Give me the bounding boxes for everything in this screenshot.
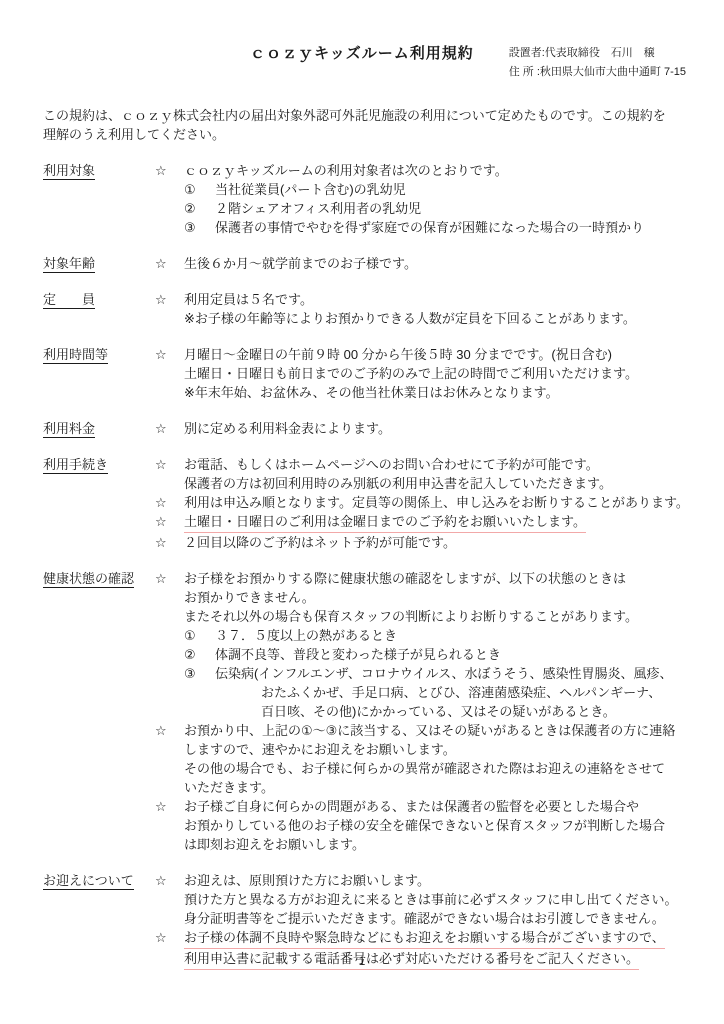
item-text: 生後６か月〜就学前までのお子様です。 <box>184 254 417 273</box>
star-bullet-icon: ☆ <box>155 254 184 273</box>
list-line: ☆月曜日〜金曜日の午前９時 00 分から午後５時 30 分までです。(祝日含む) <box>155 345 694 364</box>
list-line: お預かりしている他のお子様の安全を確保できないと保育スタッフが判断した場合 <box>155 816 694 835</box>
list-line: 保護者の方は初回利用時のみ別紙の利用申込書を記入していただきます。 <box>155 474 694 493</box>
item-text: 伝染病(インフルエンザ、コロナウイルス、水ぼうそう、感染性胃腸炎、風疹、 <box>215 664 673 683</box>
item-text: お子様をお預かりする際に健康状態の確認をしますが、以下の状態のときは <box>184 569 626 588</box>
list-line: ☆お子様ご自身に何らかの問題がある、または保護者の監督を必要とした場合や <box>155 797 694 816</box>
star-bullet-icon: ☆ <box>155 419 184 438</box>
list-line: ☆利用は申込み順となります。定員等の関係上、申し込みをお断りすることがあります。 <box>155 493 694 512</box>
star-bullet-icon: ☆ <box>155 512 184 533</box>
section-body: ☆利用定員は５名です。※お子様の年齢等によりお預かりできる人数が定員を下回ること… <box>155 290 694 328</box>
item-text: またそれ以外の場合も保育スタッフの判断によりお断りすることがあります。 <box>184 607 638 626</box>
section-heading-label: 利用対象 <box>43 163 95 180</box>
item-text: お預かり中、上記の①〜③に該当する、又はその疑いがあるときは保護者の方に連絡 <box>184 721 675 740</box>
section-heading: 定 員 <box>43 290 155 328</box>
item-text: 預けた方と異なる方がお迎えに来るときは事前に必ずスタッフに申し出てください。 <box>184 890 677 909</box>
rules-section: 対象年齢☆生後６か月〜就学前までのお子様です。 <box>43 254 694 273</box>
document-page: ｃｏｚｙキッズルーム利用規約 設置者:代表取締役 石川 穣 住 所 :秋田県大仙… <box>0 0 724 1024</box>
list-line: その他の場合でも、お子様に何らかの異常が確認された際はお迎えの連絡をさせて <box>155 759 694 778</box>
item-text: ２回目以降のご予約はネット予約が可能です。 <box>184 533 456 552</box>
list-line: ※年末年始、お盆休み、その他当社休業日はお休みとなります。 <box>155 383 694 402</box>
rules-section: 健康状態の確認☆お子様をお預かりする際に健康状態の確認をしますが、以下の状態のと… <box>43 569 694 854</box>
item-text: 土曜日・日曜日のご利用は金曜日までのご予約をお願いいたします。 <box>184 512 586 533</box>
address-line: 住 所 :秋田県大仙市大曲中通町 7-15 <box>509 63 686 82</box>
star-bullet-icon: ☆ <box>155 928 184 949</box>
circled-number-bullet-icon: ③ <box>184 664 215 683</box>
list-line: ①当社従業員(パート含む)の乳幼児 <box>155 180 694 199</box>
rules-section: 利用対象☆ｃｏｚｙキッズルームの利用対象者は次のとおりです。①当社従業員(パート… <box>43 161 694 237</box>
list-line: ②２階シェアオフィス利用者の乳幼児 <box>155 199 694 218</box>
star-bullet-icon: ☆ <box>155 721 184 740</box>
list-line: ☆お子様をお預かりする際に健康状態の確認をしますが、以下の状態のときは <box>155 569 694 588</box>
publisher-info: 設置者:代表取締役 石川 穣 住 所 :秋田県大仙市大曲中通町 7-15 <box>509 44 694 82</box>
star-bullet-icon: ☆ <box>155 797 184 816</box>
list-line: ③伝染病(インフルエンザ、コロナウイルス、水ぼうそう、感染性胃腸炎、風疹、 <box>155 664 694 683</box>
star-bullet-icon: ☆ <box>155 533 184 552</box>
section-heading-label: 健康状態の確認 <box>43 571 134 588</box>
item-text: その他の場合でも、お子様に何らかの異常が確認された際はお迎えの連絡をさせて <box>184 759 665 778</box>
item-text: お迎えは、原則預けた方にお願いします。 <box>184 871 430 890</box>
item-text: ※年末年始、お盆休み、その他当社休業日はお休みとなります。 <box>184 383 559 402</box>
list-line: ②体調不良等、普段と変わった様子が見られるとき <box>155 645 694 664</box>
list-line: ☆お迎えは、原則預けた方にお願いします。 <box>155 871 694 890</box>
sections: 利用対象☆ｃｏｚｙキッズルームの利用対象者は次のとおりです。①当社従業員(パート… <box>43 161 694 970</box>
list-line: ※お子様の年齢等によりお預かりできる人数が定員を下回ることがあります。 <box>155 309 694 328</box>
section-heading: 利用対象 <box>43 161 155 237</box>
list-line: は即刻お迎えをお願いします。 <box>155 835 694 854</box>
section-heading-label: お迎えについて <box>43 873 134 890</box>
star-bullet-icon: ☆ <box>155 569 184 588</box>
item-text: お子様の体調不良時や緊急時などにもお迎えをお願いする場合がございますので、 <box>184 928 665 949</box>
item-text: 身分証明書等をご提示いただきます。確認ができない場合はお引渡しできません。 <box>184 909 665 928</box>
item-text: お預かりしている他のお子様の安全を確保できないと保育スタッフが判断した場合 <box>184 816 665 835</box>
list-line: またそれ以外の場合も保育スタッフの判断によりお断りすることがあります。 <box>155 607 694 626</box>
circled-number-bullet-icon: ③ <box>184 218 215 237</box>
star-bullet-icon: ☆ <box>155 493 184 512</box>
page-number: 1 <box>0 954 724 968</box>
item-text: 利用定員は５名です。 <box>184 290 313 309</box>
section-body: ☆ｃｏｚｙキッズルームの利用対象者は次のとおりです。①当社従業員(パート含む)の… <box>155 161 694 237</box>
list-line: ☆お電話、もしくはホームページへのお問い合わせにて予約が可能です。 <box>155 455 694 474</box>
list-line: いただきます。 <box>155 778 694 797</box>
section-body: ☆お子様をお預かりする際に健康状態の確認をしますが、以下の状態のときはお預かりで… <box>155 569 694 854</box>
section-heading-label: 定 員 <box>43 292 95 309</box>
section-body: ☆お電話、もしくはホームページへのお問い合わせにて予約が可能です。保護者の方は初… <box>155 455 694 552</box>
item-text: しますので、速やかにお迎えをお願いします。 <box>184 740 456 759</box>
star-bullet-icon: ☆ <box>155 290 184 309</box>
item-text: ２階シェアオフィス利用者の乳幼児 <box>215 199 421 218</box>
circled-number-bullet-icon: ② <box>184 645 215 664</box>
item-text: 保護者の事情でやむを得ず家庭での保育が困難になった場合の一時預かり <box>215 218 644 237</box>
page-title: ｃｏｚｙキッズルーム利用規約 <box>250 44 474 64</box>
item-text: ※お子様の年齢等によりお預かりできる人数が定員を下回ることがあります。 <box>184 309 636 328</box>
section-heading: 対象年齢 <box>43 254 155 273</box>
list-line: ☆お子様の体調不良時や緊急時などにもお迎えをお願いする場合がございますので、 <box>155 928 694 949</box>
item-text: お子様ご自身に何らかの問題がある、または保護者の監督を必要とした場合や <box>184 797 639 816</box>
item-text: おたふくかぜ、手足口病、とびひ、溶連菌感染症、ヘルパンギーナ、 <box>261 683 661 702</box>
item-text: 百日咳、その他)にかかっている、又はその疑いがあるとき。 <box>261 702 616 721</box>
star-bullet-icon: ☆ <box>155 871 184 890</box>
list-line: 身分証明書等をご提示いただきます。確認ができない場合はお引渡しできません。 <box>155 909 694 928</box>
item-text: 利用は申込み順となります。定員等の関係上、申し込みをお断りすることがあります。 <box>184 493 689 512</box>
section-body: ☆月曜日〜金曜日の午前９時 00 分から午後５時 30 分までです。(祝日含む)… <box>155 345 694 402</box>
list-line: ☆生後６か月〜就学前までのお子様です。 <box>155 254 694 273</box>
section-body: ☆生後６か月〜就学前までのお子様です。 <box>155 254 694 273</box>
item-text: は即刻お迎えをお願いします。 <box>184 835 365 854</box>
item-text: 別に定める利用料金表によります。 <box>184 419 391 438</box>
list-line: お預かりできません。 <box>155 588 694 607</box>
item-text: お電話、もしくはホームページへのお問い合わせにて予約が可能です。 <box>184 455 599 474</box>
list-line: ☆利用定員は５名です。 <box>155 290 694 309</box>
item-text: 体調不良等、普段と変わった様子が見られるとき <box>215 645 501 664</box>
section-heading-label: 利用料金 <box>43 421 95 438</box>
item-text: 保護者の方は初回利用時のみ別紙の利用申込書を記入していただきます。 <box>184 474 612 493</box>
rules-section: 利用料金☆別に定める利用料金表によります。 <box>43 419 694 438</box>
document-header: ｃｏｚｙキッズルーム利用規約 設置者:代表取締役 石川 穣 住 所 :秋田県大仙… <box>43 44 694 82</box>
item-text: いただきます。 <box>184 778 274 797</box>
circled-number-bullet-icon: ② <box>184 199 215 218</box>
list-line: ☆土曜日・日曜日のご利用は金曜日までのご予約をお願いいたします。 <box>155 512 694 533</box>
intro-paragraph: この規約は、ｃｏｚｙ株式会社内の届出対象外認可外託児施設の利用について定めたもの… <box>43 106 694 144</box>
list-line: しますので、速やかにお迎えをお願いします。 <box>155 740 694 759</box>
circled-number-bullet-icon: ① <box>184 180 215 199</box>
list-line: ③保護者の事情でやむを得ず家庭での保育が困難になった場合の一時預かり <box>155 218 694 237</box>
list-line: 百日咳、その他)にかかっている、又はその疑いがあるとき。 <box>155 702 694 721</box>
list-line: おたふくかぜ、手足口病、とびひ、溶連菌感染症、ヘルパンギーナ、 <box>155 683 694 702</box>
list-line: ☆２回目以降のご予約はネット予約が可能です。 <box>155 533 694 552</box>
list-line: ☆お預かり中、上記の①〜③に該当する、又はその疑いがあるときは保護者の方に連絡 <box>155 721 694 740</box>
item-text: 当社従業員(パート含む)の乳幼児 <box>215 180 406 199</box>
rules-section: 利用時間等☆月曜日〜金曜日の午前９時 00 分から午後５時 30 分までです。(… <box>43 345 694 402</box>
circled-number-bullet-icon: ① <box>184 626 215 645</box>
list-line: 土曜日・日曜日も前日までのご予約のみで上記の時間でご利用いただけます。 <box>155 364 694 383</box>
section-heading: 利用時間等 <box>43 345 155 402</box>
section-heading: 利用手続き <box>43 455 155 552</box>
item-text: ３７．５度以上の熱があるとき <box>215 626 397 645</box>
item-text: 土曜日・日曜日も前日までのご予約のみで上記の時間でご利用いただけます。 <box>184 364 638 383</box>
list-line: ☆ｃｏｚｙキッズルームの利用対象者は次のとおりです。 <box>155 161 694 180</box>
installer-line: 設置者:代表取締役 石川 穣 <box>509 44 686 63</box>
item-text: お預かりできません。 <box>184 588 315 607</box>
rules-section: 利用手続き☆お電話、もしくはホームページへのお問い合わせにて予約が可能です。保護… <box>43 455 694 552</box>
section-heading-label: 利用手続き <box>43 457 108 474</box>
list-line: ☆別に定める利用料金表によります。 <box>155 419 694 438</box>
section-heading: 健康状態の確認 <box>43 569 155 854</box>
item-text: ｃｏｚｙキッズルームの利用対象者は次のとおりです。 <box>184 161 508 180</box>
star-bullet-icon: ☆ <box>155 455 184 474</box>
rules-section: 定 員☆利用定員は５名です。※お子様の年齢等によりお預かりできる人数が定員を下回… <box>43 290 694 328</box>
section-heading-label: 対象年齢 <box>43 256 95 273</box>
star-bullet-icon: ☆ <box>155 161 184 180</box>
star-bullet-icon: ☆ <box>155 345 184 364</box>
intro-line: 理解のうえ利用してください。 <box>43 125 694 144</box>
section-body: ☆別に定める利用料金表によります。 <box>155 419 694 438</box>
item-text: 月曜日〜金曜日の午前９時 00 分から午後５時 30 分までです。(祝日含む) <box>184 345 612 364</box>
list-line: 預けた方と異なる方がお迎えに来るときは事前に必ずスタッフに申し出てください。 <box>155 890 694 909</box>
section-heading-label: 利用時間等 <box>43 347 108 364</box>
intro-line: この規約は、ｃｏｚｙ株式会社内の届出対象外認可外託児施設の利用について定めたもの… <box>43 106 694 125</box>
list-line: ①３７．５度以上の熱があるとき <box>155 626 694 645</box>
section-heading: 利用料金 <box>43 419 155 438</box>
